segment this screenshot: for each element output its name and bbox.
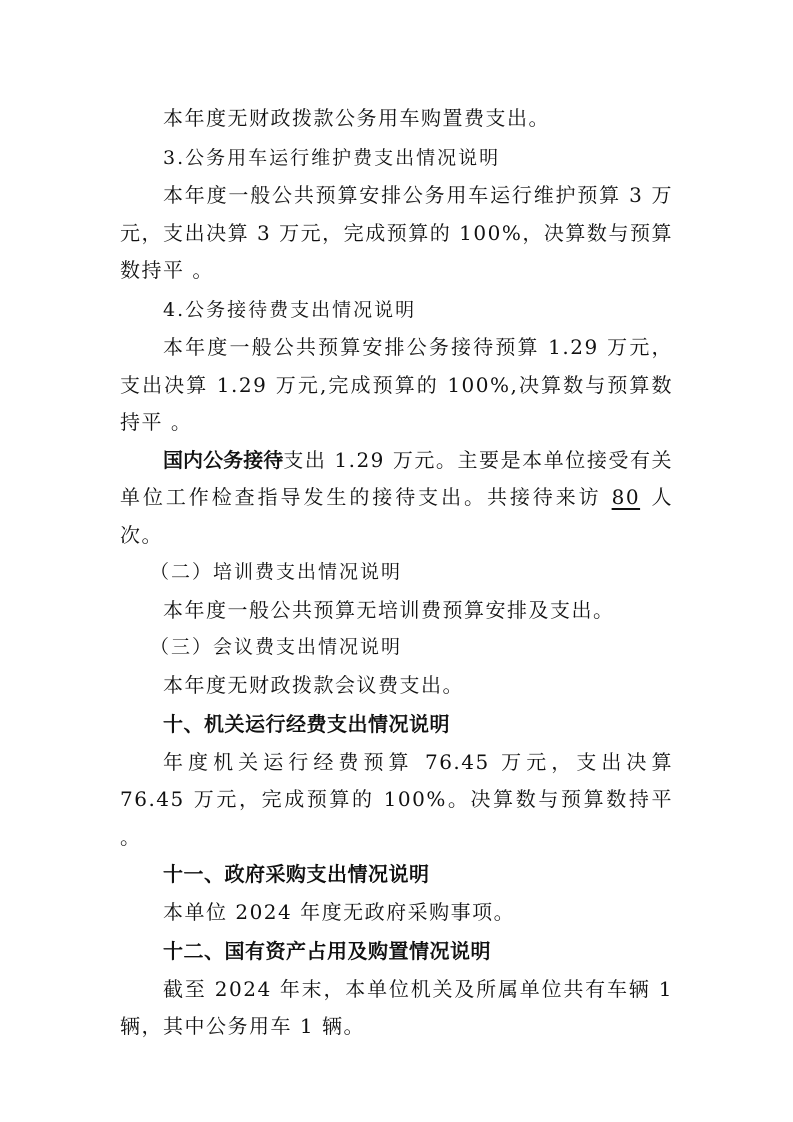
heading-procurement: 十一、政府采购支出情况说明 [120, 856, 673, 894]
domestic-reception-label: 国内公务接待 [163, 448, 283, 472]
assets-text: 截至 2024 年末，本单位机关及所属单位共有车辆 1 辆，其中公务用车 1 辆… [120, 971, 673, 1046]
visitor-count: 80 [602, 485, 650, 509]
domestic-reception-text: 国内公务接待支出 1.29 万元。主要是本单位接受有关单位工作检查指导发生的接待… [120, 442, 673, 555]
meeting-text: 本年度无财政拨款会议费支出。 [120, 667, 673, 705]
heading-training: （二）培训费支出情况说明 [120, 554, 673, 592]
operating-expenses-text: 年度机关运行经费预算 76.45 万元，支出决算 76.45 万元，完成预算的 … [120, 744, 673, 857]
heading-assets: 十二、国有资产占用及购置情况说明 [120, 933, 673, 971]
procurement-text: 本单位 2024 年度无政府采购事项。 [120, 894, 673, 932]
car-maintenance-text: 本年度一般公共预算安排公务用车运行维护预算 3 万元，支出决算 3 万元，完成预… [120, 177, 673, 290]
document-page: 本年度无财政拨款公务用车购置费支出。 3.公务用车运行维护费支出情况说明 本年度… [120, 100, 673, 1046]
heading-operating-expenses: 十、机关运行经费支出情况说明 [120, 706, 673, 744]
heading-car-maintenance: 3.公务用车运行维护费支出情况说明 [120, 140, 673, 178]
training-text: 本年度一般公共预算无培训费预算安排及支出。 [120, 592, 673, 630]
car-purchase-text: 本年度无财政拨款公务用车购置费支出。 [120, 100, 673, 138]
heading-meeting: （三）会议费支出情况说明 [120, 629, 673, 667]
heading-reception: 4.公务接待费支出情况说明 [120, 292, 673, 330]
reception-text: 本年度一般公共预算安排公务接待预算 1.29 万元，支出决算 1.29 万元,完… [120, 329, 673, 442]
